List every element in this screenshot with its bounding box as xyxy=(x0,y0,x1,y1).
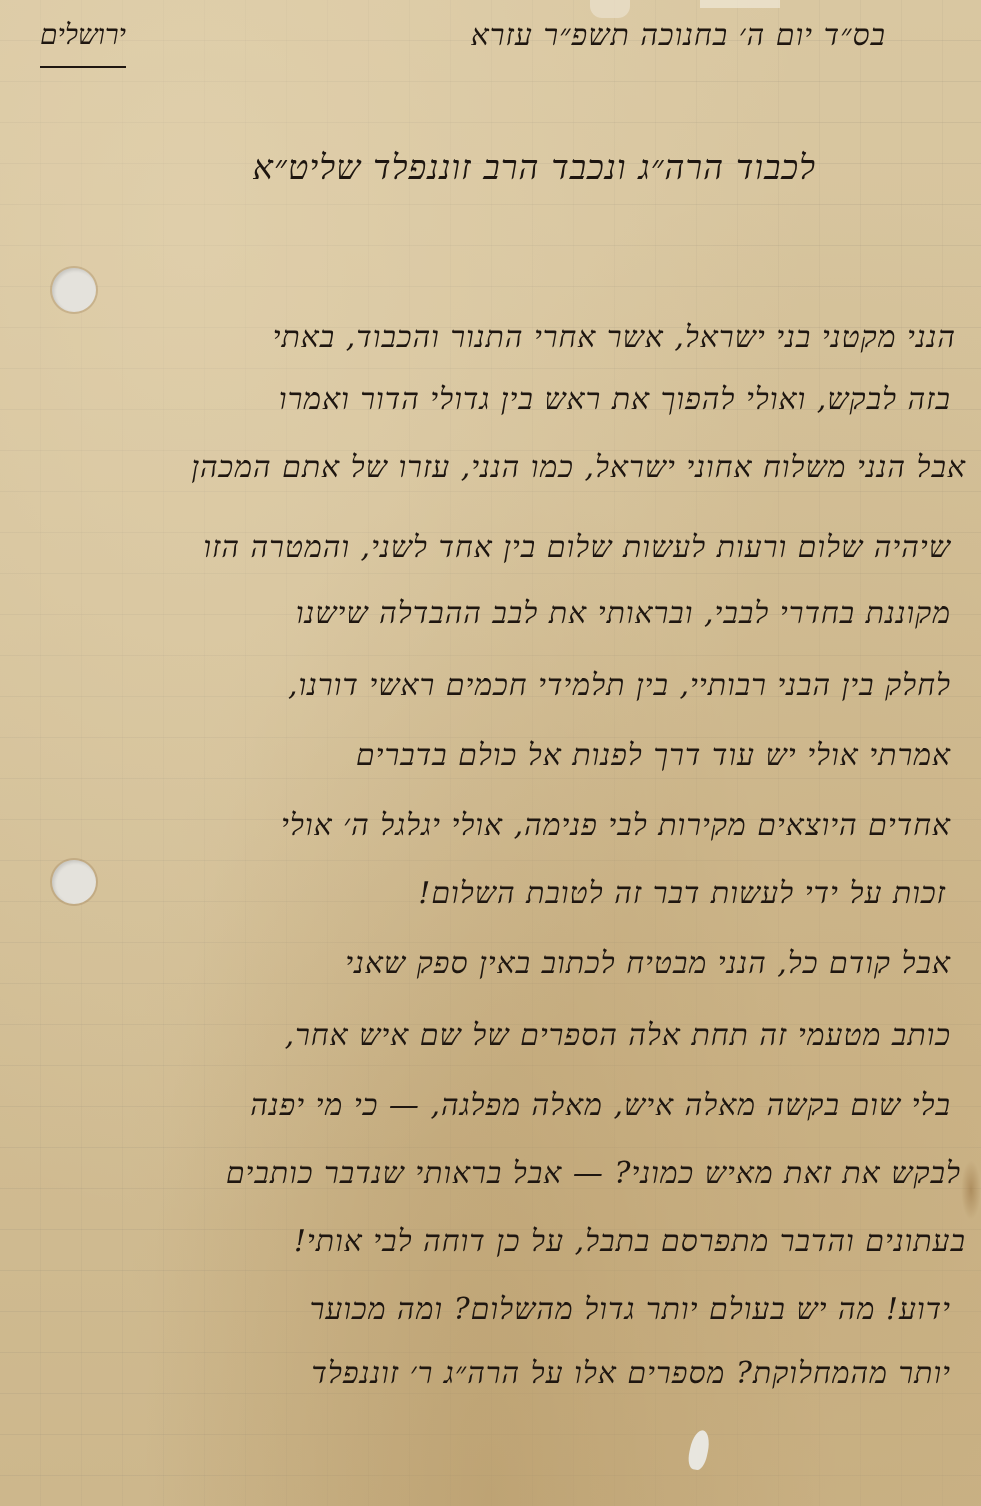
body-line: בזה לבקש, ואולי להפוך את ראש בין גדולי ה… xyxy=(279,382,951,417)
body-line: מקוננת בחדרי לבבי, ובראותי את לבב ההבדלה… xyxy=(296,596,951,631)
body-line: יותר מהמחלוקת? מספרים אלו על הרה״ג ר׳ זו… xyxy=(311,1356,951,1391)
body-line: בלי שום בקשה מאלה איש, מאלה מפלגה, — כי … xyxy=(250,1088,951,1123)
body-line: זכות על ידי לעשות דבר זה לטובת השלום! xyxy=(418,876,946,911)
letter-location-underlined: ירושלים xyxy=(40,18,126,68)
body-line: בעתונים והדבר מתפרסם בתבל, על כן דוחה לב… xyxy=(294,1224,966,1259)
body-line: אמרתי אולי יש עוד דרך לפנות אל כולם בדבר… xyxy=(356,738,951,773)
paper-edge-highlight xyxy=(700,0,780,8)
punch-hole-icon xyxy=(52,860,96,904)
letter-addressee: לכבוד הרה״ג ונכבד הרב זוננפלד שליט״א xyxy=(253,148,817,188)
body-line: אבל הנני משלוח אחוני ישראל, כמו הנני, עז… xyxy=(191,450,966,485)
letter-page: ירושלים בס״ד יום ה׳ בחנוכה תשפ״ר עזרא לכ… xyxy=(0,0,981,1506)
body-line: כותב מטעמי זה תחת אלה הספרים של שם איש א… xyxy=(285,1018,951,1053)
body-line: אבל קודם כל, הנני מבטיח לכתוב באין ספק ש… xyxy=(345,946,951,981)
body-line: לחלק בין הבני רבותיי, בין תלמידי חכמים ר… xyxy=(288,668,951,703)
body-line: הנני מקטני בני ישראל, אשר אחרי התנור והכ… xyxy=(273,320,956,355)
paper-tear xyxy=(686,1429,712,1472)
body-line: אחדים היוצאים מקירות לבי פנימה, אולי יגל… xyxy=(281,808,951,843)
punch-hole-icon xyxy=(52,268,96,312)
body-line: לבקש את זאת מאיש כמוני? — אבל בראותי שנד… xyxy=(226,1156,961,1191)
paper-fold-mark xyxy=(590,0,630,18)
body-line: שיהיה שלום ורעות לעשות שלום בין אחד לשני… xyxy=(203,530,951,565)
letter-dateline: בס״ד יום ה׳ בחנוכה תשפ״ר עזרא xyxy=(471,18,886,53)
paper-stain xyxy=(961,1160,981,1220)
body-line: ידוע! מה יש בעולם יותר גדול מהשלום? ומה … xyxy=(310,1292,951,1327)
